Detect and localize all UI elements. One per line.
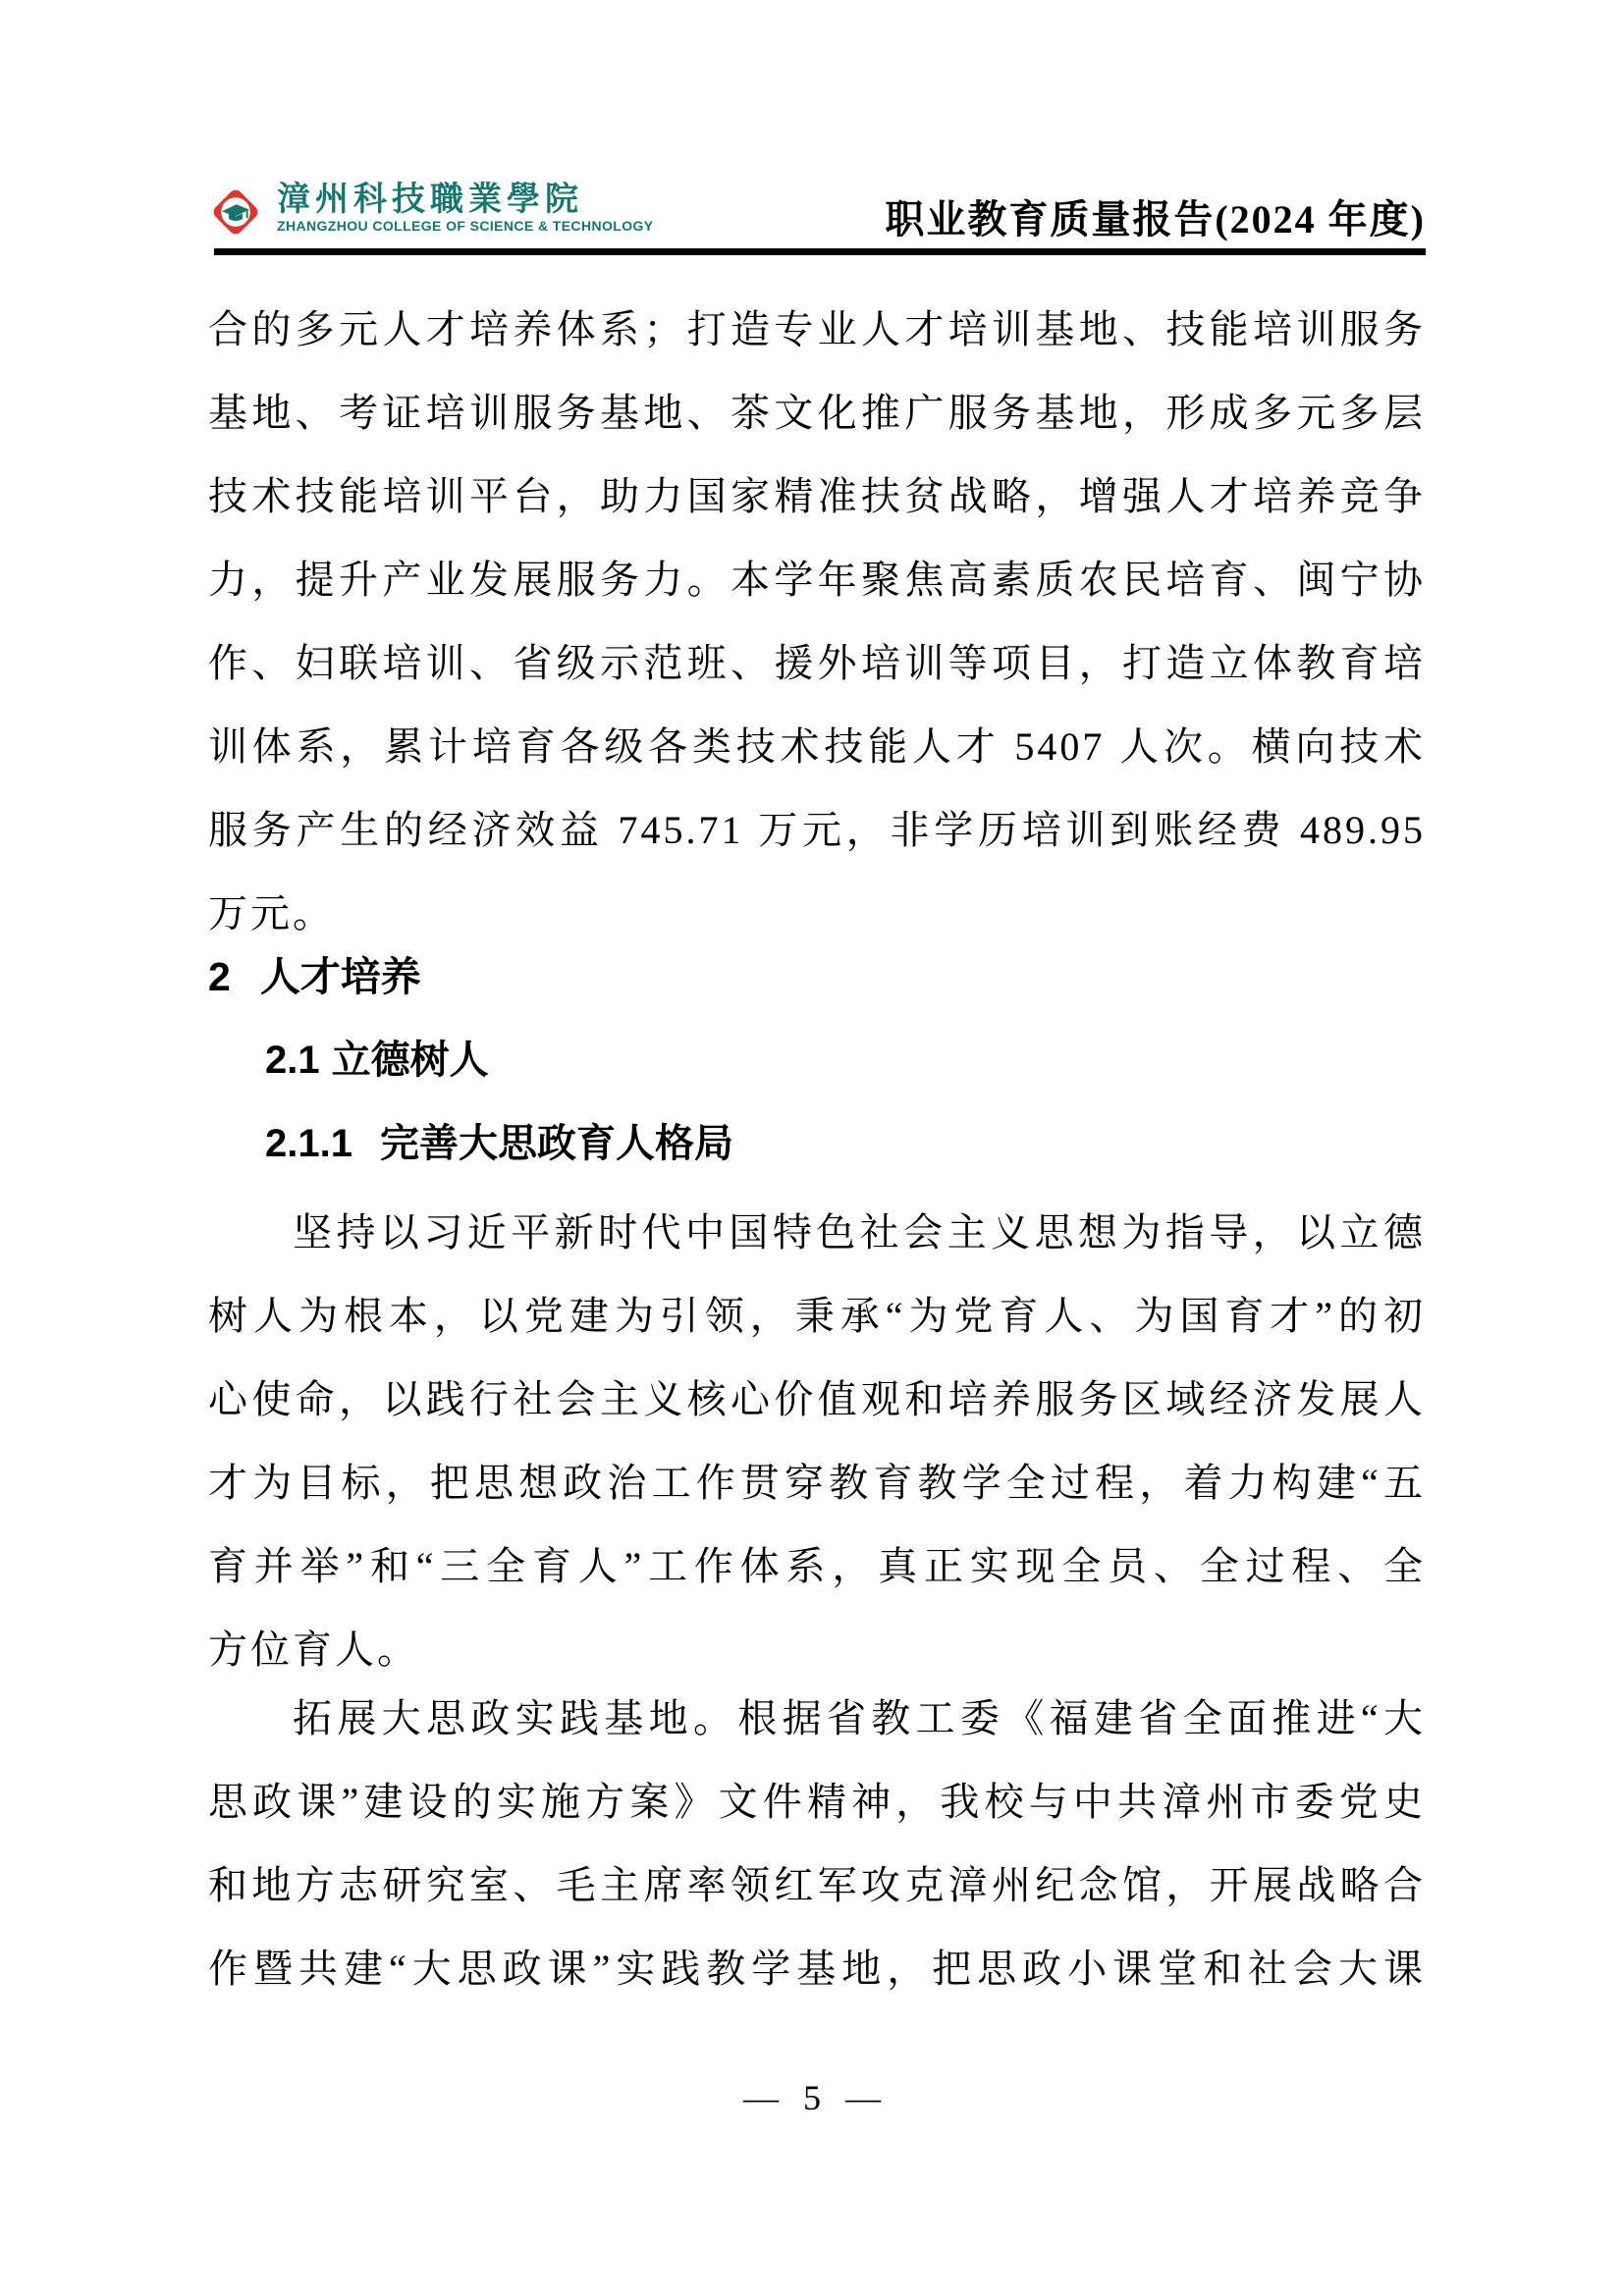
paragraph-continued: 合的多元人才培养体系；打造专业人才培训基地、技能培训服务基地、考证培训服务基地、… [208, 288, 1426, 955]
header-rule [214, 248, 1426, 255]
text-line: 基地、考证培训服务基地、茶文化推广服务基地，形成多元多层 [208, 371, 1426, 454]
section-title: 完善大思政育人格局 [380, 1122, 733, 1165]
text-line: 力，提升产业发展服务力。本学年聚焦高素质农民培育、闽宁协 [208, 538, 1426, 621]
section-title: 立德树人 [332, 1039, 489, 1082]
text-line: 心使命，以践行社会主义核心价值观和培养服务区域经济发展人 [208, 1358, 1426, 1441]
college-logo-text: 漳州科技職業學院 ZHANGZHOU COLLEGE OF SCIENCE & … [277, 183, 654, 235]
page-footer: — 5 — [0, 2073, 1624, 2122]
text-line: 才为目标，把思想政治工作贯穿教育教学全过程，着力构建“五 [208, 1441, 1426, 1524]
college-name-en: ZHANGZHOU COLLEGE OF SCIENCE & TECHNOLOG… [277, 218, 654, 235]
text-line: 拓展大思政实践基地。根据省教工委《福建省全面推进“大 [208, 1677, 1426, 1760]
section-number: 2 [208, 954, 231, 999]
text-line: 坚持以习近平新时代中国特色社会主义思想为指导，以立德 [208, 1191, 1426, 1274]
text-line: 思政课”建设的实施方案》文件精神，我校与中共漳州市委党史 [208, 1760, 1426, 1843]
content-column: 漳州科技職業學院 ZHANGZHOU COLLEGE OF SCIENCE & … [208, 0, 1426, 2296]
text-line: 树人为根本，以党建为引领，秉承“为党育人、为国育才”的初 [208, 1274, 1426, 1358]
section-title: 人才培养 [260, 954, 421, 999]
text-line: 合的多元人才培养体系；打造专业人才培训基地、技能培训服务 [208, 288, 1426, 371]
section-number: 2.1 [265, 1039, 320, 1082]
document-page: 漳州科技職業學院 ZHANGZHOU COLLEGE OF SCIENCE & … [0, 0, 1624, 2296]
text-line: 和地方志研究室、毛主席率领红军攻克漳州纪念馆，开展战略合 [208, 1843, 1426, 1927]
text-line: 育并举”和“三全育人”工作体系，真正实现全员、全过程、全 [208, 1524, 1426, 1608]
section-number: 2.1.1 [265, 1122, 352, 1165]
text-line: 技术技能培训平台，助力国家精准扶贫战略，增强人才培养竞争 [208, 454, 1426, 538]
text-line: 训体系，累计培育各级各类技术技能人才 5407 人次。横向技术 [208, 705, 1426, 788]
page-number: — 5 — [743, 2078, 881, 2117]
college-logo-icon [208, 185, 263, 240]
paragraph: 拓展大思政实践基地。根据省教工委《福建省全面推进“大思政课”建设的实施方案》文件… [208, 1677, 1426, 2010]
section-heading-2-1-1: 2.1.1完善大思政育人格局 [265, 1102, 733, 1186]
text-line: 作、妇联培训、省级示范班、援外培训等项目，打造立体教育培 [208, 621, 1426, 705]
college-logo: 漳州科技職業學院 ZHANGZHOU COLLEGE OF SCIENCE & … [208, 183, 654, 240]
report-title: 职业教育质量报告(2024 年度) [885, 194, 1426, 245]
paragraph: 坚持以习近平新时代中国特色社会主义思想为指导，以立德树人为根本，以党建为引领，秉… [208, 1191, 1426, 1691]
section-heading-2-1: 2.1立德树人 [265, 1019, 489, 1102]
text-line: 作暨共建“大思政课”实践教学基地，把思政小课堂和社会大课 [208, 1927, 1426, 2010]
college-name-cn: 漳州科技職業學院 [277, 183, 654, 218]
section-heading-2: 2人才培养 [208, 935, 421, 1019]
text-line: 服务产生的经济效益 745.71 万元，非学历培训到账经费 489.95 [208, 788, 1426, 872]
